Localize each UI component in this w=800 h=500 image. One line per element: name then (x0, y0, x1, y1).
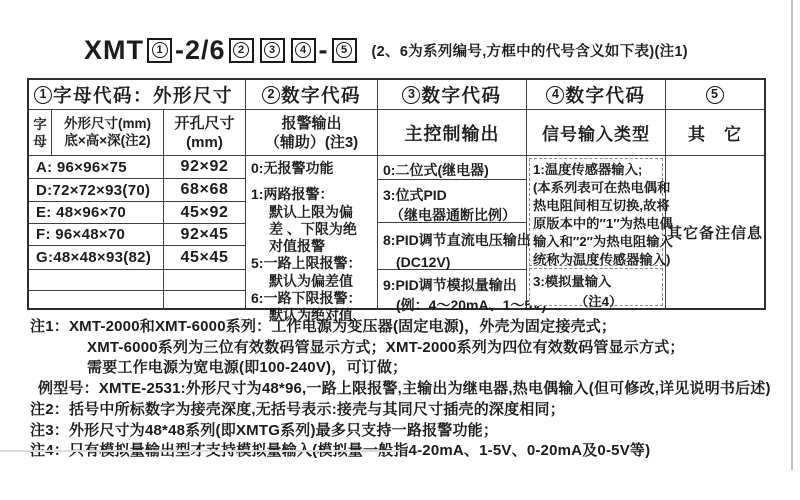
note-1-line-1: 注1：XMT-2000和XMT-6000系列：工作电源为变压器(固定电源)，外壳… (30, 317, 790, 338)
size-row-empty-1 (29, 270, 164, 291)
size-row-empty-2 (29, 291, 164, 308)
output-code-8: 8:PID调节直流电压输出 (DC12V) (378, 223, 527, 270)
code-box-2: 2 (229, 38, 254, 63)
subheader-hole-size: 开孔尺寸 (mm) (164, 110, 246, 156)
hole-row-A: 92×92 (164, 156, 246, 179)
hole-row-F: 92×45 (164, 224, 246, 246)
subheader-signal-input: 信号输入类型 (527, 110, 666, 156)
alarm-codes-cell: 0:无报警功能 1:两路报警： 默认上限为偏 差 、下限为绝 对值报警 5:一路… (246, 156, 378, 308)
circled-1-icon: 1 (34, 86, 52, 104)
subheader-letter: 字母 (29, 110, 52, 156)
output-code-3: 3:位式PID （继电器通断比例） (378, 180, 527, 223)
note-1-line-2: XMT-6000系列为三位有效数码管显示方式；XMT-2000系列为四位有效数码… (30, 338, 790, 359)
size-row-D: D:72×72×93(70) (29, 179, 164, 202)
signal-input-column: 1:温度传感器输入; (本系列表可在热电偶和 热电阻间相互切换,故将 原版本中的… (527, 156, 666, 308)
signal-code-3: 3:模拟量输入 （注4） (529, 268, 663, 306)
size-row-F: F: 96×48×70 (29, 224, 164, 246)
circled-5: 5 (336, 42, 352, 58)
signal-code-1: 1:温度传感器输入; (本系列表可在热电偶和 热电阻间相互切换,故将 原版本中的… (529, 158, 663, 266)
code-box-4: 4 (291, 38, 316, 63)
model-prefix: XMT (84, 35, 144, 66)
naming-code-table: 1字母代码：外形尺寸 2数字代码 3数字代码 4数字代码 5 字母 外形尺寸(m… (27, 78, 766, 310)
example-model-line: 例型号：XMTE-2531:外形尺寸为48*96,一路上限报警,主输出为继电器,… (30, 379, 790, 400)
header-col4: 4数字代码 (527, 80, 666, 110)
circled-3-icon: 3 (402, 86, 420, 104)
size-row-E: E: 48×96×70 (29, 202, 164, 224)
subheader-alarm-output: 报警输出 （辅助）(注3) (246, 110, 378, 156)
circled-5-icon: 5 (706, 86, 724, 104)
title-note: (2、6为系列编号,方框中的代号含义如下表)(注1) (372, 40, 688, 61)
note-2: 注2：括号中所标数字为接壳深度,无括号表示:接壳与其同尺寸插壳的深度相同； (30, 400, 790, 421)
hole-row-G: 45×45 (164, 246, 246, 270)
output-code-9: 9:PID调节模拟量输出 (例：4～20mA、1～5V) (378, 270, 527, 308)
size-row-G: G:48×48×93(82) (29, 246, 164, 270)
header-col3: 3数字代码 (378, 80, 527, 110)
circled-2-icon: 2 (262, 86, 280, 104)
size-row-A: A: 96×96×75 (29, 156, 164, 179)
circled-3: 3 (264, 42, 280, 58)
header-col5: 5 (666, 80, 764, 110)
subheader-other: 其 它 (666, 110, 764, 156)
circled-2: 2 (233, 42, 249, 58)
notes-block: 注1：XMT-2000和XMT-6000系列：工作电源为变压器(固定电源)，外壳… (30, 317, 790, 462)
circled-4: 4 (295, 42, 311, 58)
circled-4-icon: 4 (546, 86, 564, 104)
hole-row-E: 45×92 (164, 202, 246, 224)
model-dash: - (319, 35, 329, 66)
other-info-cell: 其它备注信息 (666, 156, 764, 308)
manual-page: XMT 1 -2/6 2 3 4 - 5 (2、6为系列编号,方框中的代号含义如… (0, 0, 800, 500)
output-code-0: 0:二位式(继电器) (378, 156, 527, 180)
hole-row-empty-1 (164, 270, 246, 291)
header-col1: 1字母代码：外形尺寸 (29, 80, 246, 110)
subheader-main-output: 主控制输出 (378, 110, 527, 156)
scan-edge-line (791, 0, 793, 470)
code-box-5: 5 (332, 38, 357, 63)
code-box-1: 1 (147, 38, 172, 63)
note-1-line-3: 需要工作电源为宽电源(即100-240V)，可订做； (30, 358, 790, 379)
hole-row-empty-2 (164, 291, 246, 308)
header-col2: 2数字代码 (246, 80, 378, 110)
circled-1: 1 (152, 42, 168, 58)
code-box-3: 3 (260, 38, 285, 63)
hole-row-D: 68×68 (164, 179, 246, 202)
subheader-dimensions: 外形尺寸(mm) 底×高×深(注2) (52, 110, 164, 156)
note-3: 注3：外形尺寸为48*48系列(即XMTG系列)最多只支持一路报警功能； (30, 421, 790, 442)
scan-underline-artifact (0, 450, 400, 452)
model-series-segment: -2/6 (175, 35, 226, 66)
model-code-title: XMT 1 -2/6 2 3 4 - 5 (2、6为系列编号,方框中的代号含义如… (84, 34, 688, 66)
